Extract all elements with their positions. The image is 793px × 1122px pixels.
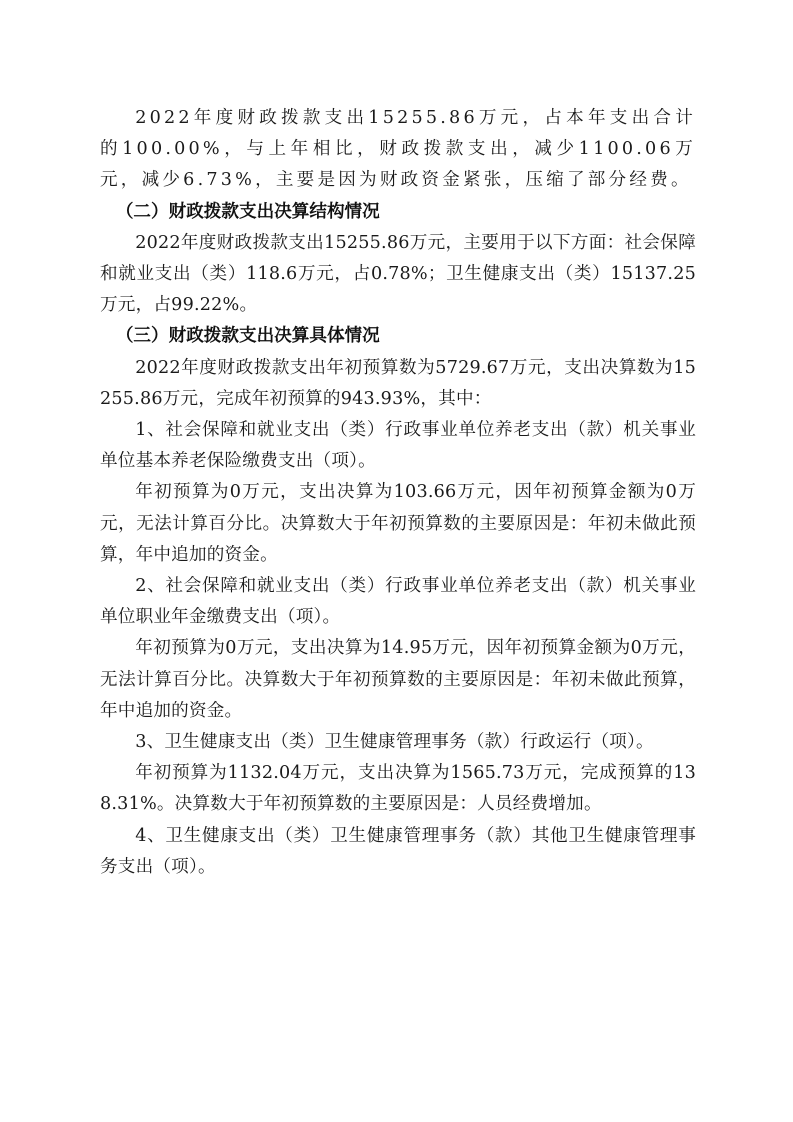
section-heading-structure: （二）财政拨款支出决算结构情况	[100, 197, 696, 228]
paragraph-item-4-title: 4、卫生健康支出（类）卫生健康管理事务（款）其他卫生健康管理事务支出（项）。	[100, 821, 696, 883]
paragraph-item-2-detail: 年初预算为0万元，支出决算为14.95万元，因年初预算金额为0万元，无法计算百分…	[100, 633, 696, 727]
paragraph-structure: 2022年度财政拨款支出15255.86万元，主要用于以下方面：社会保障和就业支…	[100, 228, 696, 322]
paragraph-item-1-detail: 年初预算为0万元，支出决算为103.66万元，因年初预算金额为0万元，无法计算百…	[100, 477, 696, 571]
paragraph-item-3-detail: 年初预算为1132.04万元，支出决算为1565.73万元，完成预算的138.3…	[100, 758, 696, 820]
paragraph-total-expenditure: 2022年度财政拨款支出15255.86万元，占本年支出合计的100.00%，与…	[100, 103, 696, 197]
paragraph-item-2-title: 2、社会保障和就业支出（类）行政事业单位养老支出（款）机关事业单位职业年金缴费支…	[100, 571, 696, 633]
section-heading-details: （三）财政拨款支出决算具体情况	[100, 321, 696, 352]
paragraph-item-1-title: 1、社会保障和就业支出（类）行政事业单位养老支出（款）机关事业单位基本养老保险缴…	[100, 415, 696, 477]
document-page: 2022年度财政拨款支出15255.86万元，占本年支出合计的100.00%，与…	[100, 103, 696, 883]
paragraph-item-3-title: 3、卫生健康支出（类）卫生健康管理事务（款）行政运行（项）。	[100, 727, 696, 758]
paragraph-budget-summary: 2022年度财政拨款支出年初预算数为5729.67万元，支出决算数为15255.…	[100, 353, 696, 415]
